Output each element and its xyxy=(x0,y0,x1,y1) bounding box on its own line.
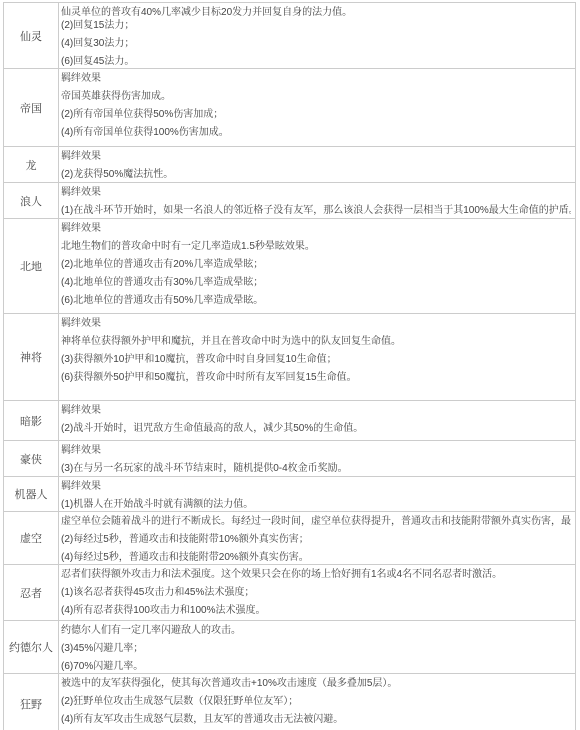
trait-name-cell: 机器人 xyxy=(4,477,59,511)
trait-effect-line: (4)所有帝国单位获得100%伤害加成。 xyxy=(61,126,571,139)
trait-row: 北地羁绊效果北地生物们的普攻命中时有一定几率造成1.5秒晕眩效果。(2)北地单位… xyxy=(4,219,575,314)
trait-name-cell: 虚空 xyxy=(4,512,59,564)
trait-name-cell: 约德尔人 xyxy=(4,621,59,673)
trait-effect-line: (6)获得额外50护甲和50魔抗，普攻命中时所有友军回复15生命值。 xyxy=(61,371,571,384)
trait-name-cell: 帝国 xyxy=(4,69,59,146)
traits-table: 仙灵仙灵单位的普攻有40%几率减少目标20发力并回复自身的法力值。(2)回复15… xyxy=(3,2,576,730)
trait-name-cell: 北地 xyxy=(4,219,59,313)
trait-effects-cell: 羁绊效果(2)龙获得50%魔法抗性。 xyxy=(59,147,575,182)
trait-effects-cell: 羁绊效果(1)在战斗环节开始时，如果一名浪人的邻近格子没有友军，那么该浪人会获得… xyxy=(59,183,575,218)
trait-effects-cell: 羁绊效果神将单位获得额外护甲和魔抗，并且在普攻命中时为选中的队友回复生命值。(3… xyxy=(59,314,575,400)
trait-name-cell: 暗影 xyxy=(4,401,59,440)
trait-effect-line: (4)每经过5秒，普通攻击和技能附带20%额外真实伤害。 xyxy=(61,551,571,564)
trait-effects-cell: 羁绊效果北地生物们的普攻命中时有一定几率造成1.5秒晕眩效果。(2)北地单位的普… xyxy=(59,219,575,313)
trait-effect-line: (2)所有帝国单位获得50%伤害加成； xyxy=(61,108,571,121)
trait-effect-line: 北地生物们的普攻命中时有一定几率造成1.5秒晕眩效果。 xyxy=(61,240,571,253)
trait-effect-line: (6)70%闪避几率。 xyxy=(61,660,571,673)
trait-effect-line: 羁绊效果 xyxy=(61,222,571,235)
trait-row: 仙灵仙灵单位的普攻有40%几率减少目标20发力并回复自身的法力值。(2)回复15… xyxy=(4,3,575,69)
trait-effects-cell: 仙灵单位的普攻有40%几率减少目标20发力并回复自身的法力值。(2)回复15法力… xyxy=(59,3,575,68)
trait-row: 暗影羁绊效果(2)战斗开始时，诅咒敌方生命值最高的敌人，减少其50%的生命值。 xyxy=(4,401,575,441)
trait-effect-line: 帝国英雄获得伤害加成。 xyxy=(61,90,571,103)
trait-row: 豪侠羁绊效果(3)在与另一名玩家的战斗环节结束时，随机提供0-4枚金币奖励。 xyxy=(4,441,575,477)
trait-row: 狂野被选中的友军获得强化，使其每次普通攻击+10%攻击速度（最多叠加5层）。(2… xyxy=(4,674,575,730)
trait-effect-line: (2)狂野单位攻击生成怒气层数（仅限狂野单位友军）； xyxy=(61,695,571,708)
trait-effect-line: (3)在与另一名玩家的战斗环节结束时，随机提供0-4枚金币奖励。 xyxy=(61,462,571,475)
trait-effects-cell: 虚空单位会随着战斗的进行不断成长。每经过一段时间，虚空单位获得提升，普通攻击和技… xyxy=(59,512,575,564)
trait-name-cell: 豪侠 xyxy=(4,441,59,476)
trait-row: 神将羁绊效果神将单位获得额外护甲和魔抗，并且在普攻命中时为选中的队友回复生命值。… xyxy=(4,314,575,401)
trait-effect-line: 羁绊效果 xyxy=(61,72,571,85)
trait-effect-line: (4)所有友军攻击生成怒气层数，且友军的普通攻击无法被闪避。 xyxy=(61,713,571,726)
trait-row: 浪人羁绊效果(1)在战斗环节开始时，如果一名浪人的邻近格子没有友军，那么该浪人会… xyxy=(4,183,575,219)
trait-row: 帝国羁绊效果帝国英雄获得伤害加成。(2)所有帝国单位获得50%伤害加成；(4)所… xyxy=(4,69,575,147)
trait-effect-line: 羁绊效果 xyxy=(61,480,571,493)
trait-effect-line: (1)在战斗环节开始时，如果一名浪人的邻近格子没有友军，那么该浪人会获得一层相当… xyxy=(61,204,571,217)
trait-effect-line: 忍者们获得额外攻击力和法术强度。这个效果只会在你的场上恰好拥有1名或4名不同名忍… xyxy=(61,568,571,581)
trait-effect-line: (1)该名忍者获得45攻击力和45%法术强度； xyxy=(61,586,571,599)
trait-effect-line: 羁绊效果 xyxy=(61,186,571,199)
trait-row: 忍者忍者们获得额外攻击力和法术强度。这个效果只会在你的场上恰好拥有1名或4名不同… xyxy=(4,565,575,621)
trait-effect-line: 羁绊效果 xyxy=(61,150,571,163)
trait-row: 机器人羁绊效果(1)机器人在开始战斗时就有满额的法力值。 xyxy=(4,477,575,512)
trait-effect-line: 羁绊效果 xyxy=(61,317,571,330)
trait-effect-line: (2)北地单位的普通攻击有20%几率造成晕眩； xyxy=(61,258,571,271)
trait-row: 虚空虚空单位会随着战斗的进行不断成长。每经过一段时间，虚空单位获得提升，普通攻击… xyxy=(4,512,575,565)
trait-effect-line: 虚空单位会随着战斗的进行不断成长。每经过一段时间，虚空单位获得提升，普通攻击和技… xyxy=(61,515,571,528)
trait-effect-line: (3)获得额外10护甲和10魔抗，普攻命中时自身回复10生命值； xyxy=(61,353,571,366)
trait-name-cell: 龙 xyxy=(4,147,59,182)
trait-name-cell: 狂野 xyxy=(4,674,59,730)
trait-effect-line: (2)每经过5秒，普通攻击和技能附带10%额外真实伤害； xyxy=(61,533,571,546)
trait-effect-line: 神将单位获得额外护甲和魔抗，并且在普攻命中时为选中的队友回复生命值。 xyxy=(61,335,571,348)
trait-effect-line: (4)回复30法力； xyxy=(61,37,571,50)
trait-effects-cell: 忍者们获得额外攻击力和法术强度。这个效果只会在你的场上恰好拥有1名或4名不同名忍… xyxy=(59,565,575,620)
trait-effects-cell: 羁绊效果(3)在与另一名玩家的战斗环节结束时，随机提供0-4枚金币奖励。 xyxy=(59,441,575,476)
trait-name-cell: 仙灵 xyxy=(4,3,59,68)
trait-effect-line: (4)北地单位的普通攻击有30%几率造成晕眩； xyxy=(61,276,571,289)
trait-effects-cell: 被选中的友军获得强化，使其每次普通攻击+10%攻击速度（最多叠加5层）。(2)狂… xyxy=(59,674,575,730)
trait-effects-cell: 约德尔人们有一定几率闪避敌人的攻击。(3)45%闪避几率；(6)70%闪避几率。 xyxy=(59,621,575,673)
trait-row: 龙羁绊效果(2)龙获得50%魔法抗性。 xyxy=(4,147,575,183)
trait-name-cell: 浪人 xyxy=(4,183,59,218)
trait-effect-line: (6)北地单位的普通攻击有50%几率造成晕眩。 xyxy=(61,294,571,307)
trait-effect-line: (3)45%闪避几率； xyxy=(61,642,571,655)
trait-effect-line: (1)机器人在开始战斗时就有满额的法力值。 xyxy=(61,498,571,511)
trait-effect-line: 羁绊效果 xyxy=(61,444,571,457)
trait-effects-cell: 羁绊效果帝国英雄获得伤害加成。(2)所有帝国单位获得50%伤害加成；(4)所有帝… xyxy=(59,69,575,146)
trait-effect-line: (2)龙获得50%魔法抗性。 xyxy=(61,168,571,181)
trait-effect-line: 约德尔人们有一定几率闪避敌人的攻击。 xyxy=(61,624,571,637)
trait-effect-line: (4)所有忍者获得100攻击力和100%法术强度。 xyxy=(61,604,571,617)
trait-effect-line: (2)战斗开始时，诅咒敌方生命值最高的敌人，减少其50%的生命值。 xyxy=(61,422,571,435)
trait-effects-cell: 羁绊效果(1)机器人在开始战斗时就有满额的法力值。 xyxy=(59,477,575,511)
trait-effect-line: 被选中的友军获得强化，使其每次普通攻击+10%攻击速度（最多叠加5层）。 xyxy=(61,677,571,690)
trait-effect-line: 羁绊效果 xyxy=(61,404,571,417)
trait-effect-line: 仙灵单位的普攻有40%几率减少目标20发力并回复自身的法力值。(2)回复15法力… xyxy=(61,6,571,32)
trait-name-cell: 神将 xyxy=(4,314,59,400)
trait-row: 约德尔人约德尔人们有一定几率闪避敌人的攻击。(3)45%闪避几率；(6)70%闪… xyxy=(4,621,575,674)
trait-effect-line: (6)回复45法力。 xyxy=(61,55,571,68)
trait-name-cell: 忍者 xyxy=(4,565,59,620)
trait-effects-cell: 羁绊效果(2)战斗开始时，诅咒敌方生命值最高的敌人，减少其50%的生命值。 xyxy=(59,401,575,440)
